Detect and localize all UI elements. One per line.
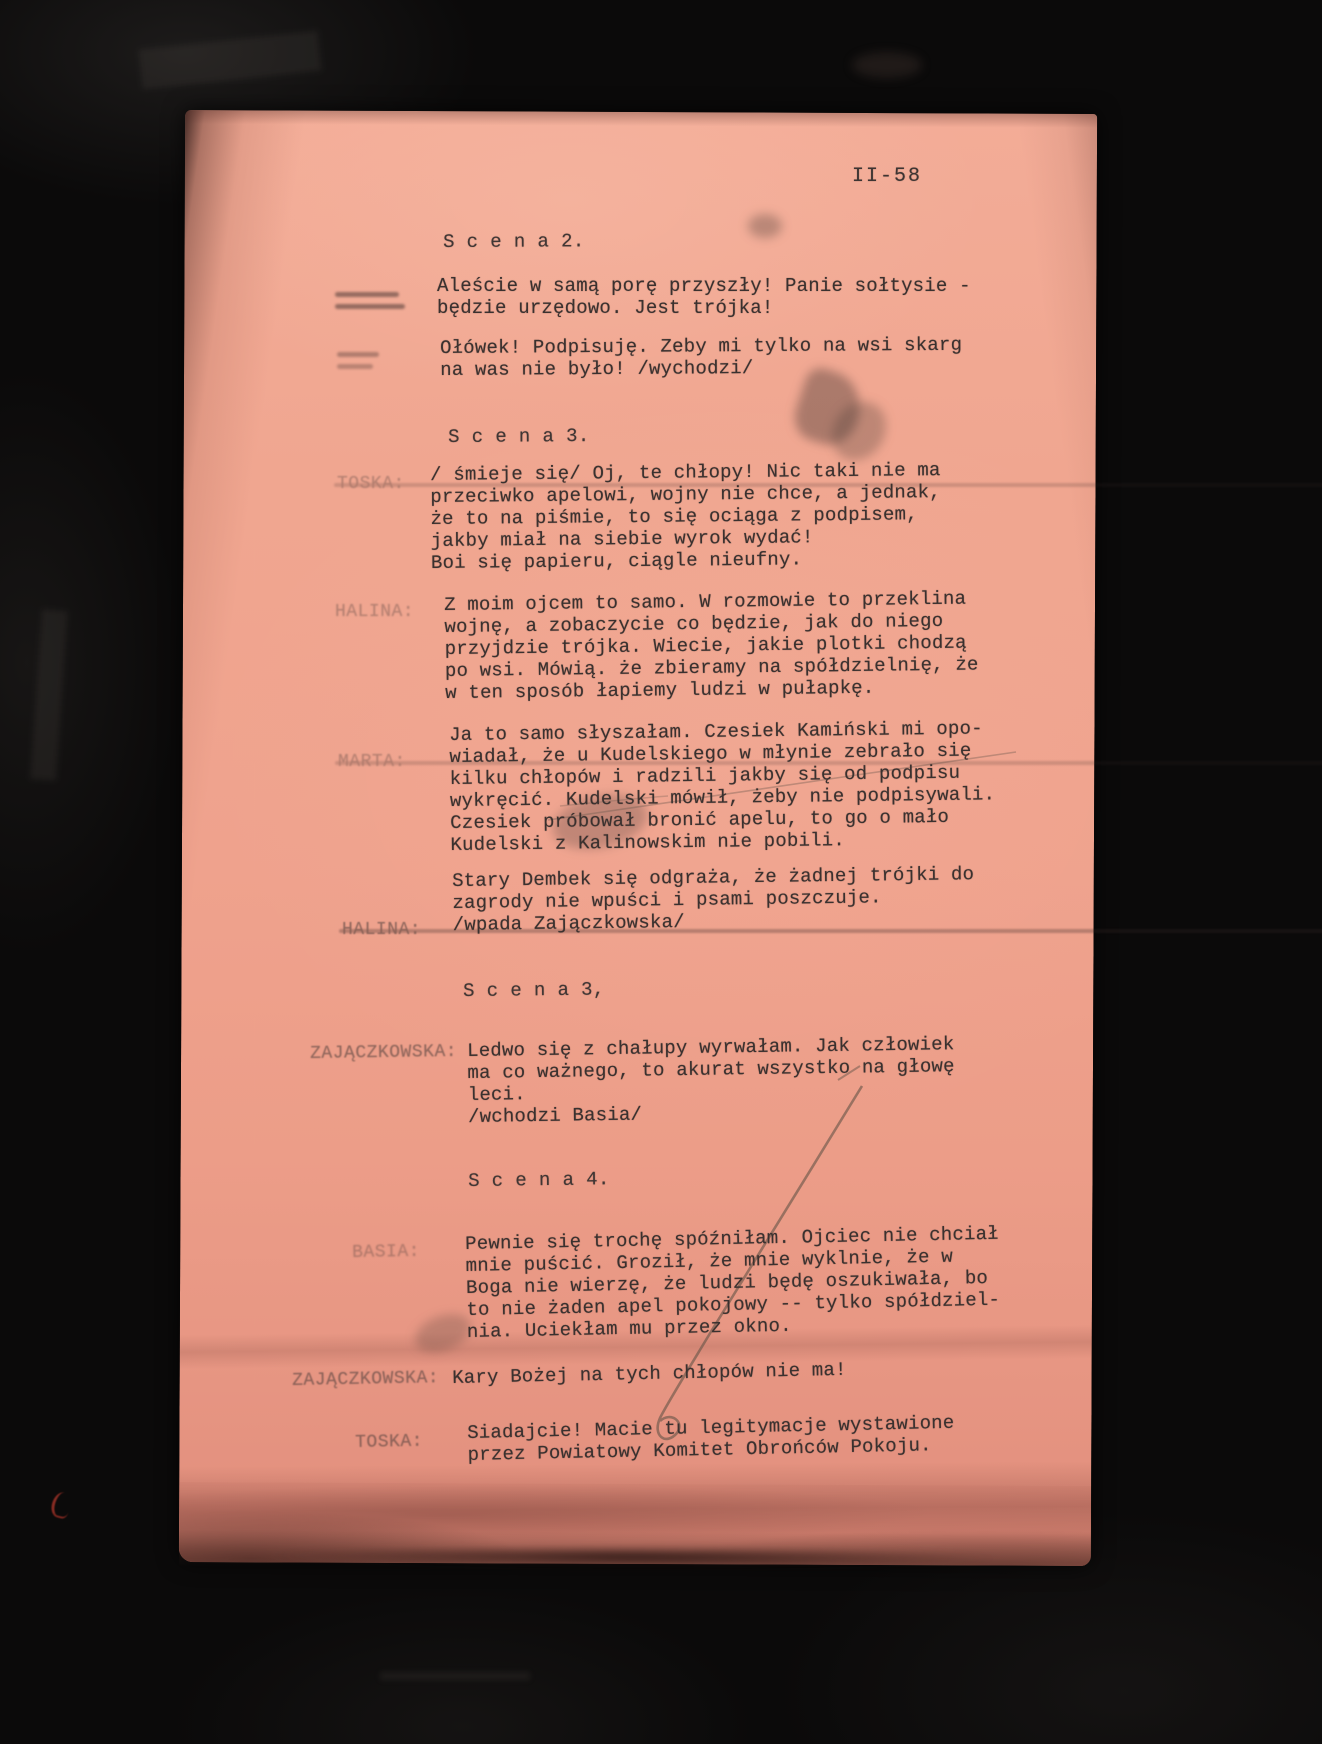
- scene-heading-2: S c e n a 2.: [443, 230, 585, 253]
- scene-heading-3a: S c e n a 3.: [448, 425, 590, 448]
- dialogue-text: Stary Dembek się odgraża, że żadnej trój…: [452, 863, 975, 936]
- speaker-label: TOSKA:: [355, 1432, 423, 1453]
- dialogue-text: Pewnie się trochę spóźniłam. Ojciec nie …: [465, 1223, 1001, 1343]
- dialogue-text: / śmieje się/ Oj, te chłopy! Nic taki ni…: [430, 459, 942, 574]
- dialogue-text: Ołówek! Podpisuję. Zeby mi tylko na wsi …: [440, 334, 962, 381]
- background-streak: [380, 1672, 530, 1680]
- scene-heading-4: S c e n a 4.: [468, 1168, 610, 1192]
- speaker-label: ZAJĄCZKOWSKA:: [292, 1368, 439, 1391]
- illegible-speaker-smudge: [337, 364, 373, 369]
- ink-smear: [852, 52, 922, 78]
- background-streak: [138, 31, 321, 90]
- illegible-speaker-smudge: [335, 292, 399, 297]
- dialogue-text: Aleście w samą porę przyszły! Panie sołt…: [437, 275, 971, 319]
- dialogue-text: Ledwo się z chałupy wyrwałam. Jak człowi…: [467, 1033, 955, 1128]
- red-pen-mark: [49, 1490, 73, 1520]
- illegible-speaker-smudge: [335, 304, 405, 309]
- illegible-speaker-smudge: [337, 352, 379, 357]
- scanned-script-page: II-58 S c e n a 2. Aleście w samą porę p…: [0, 0, 1322, 1744]
- speaker-label: BASIA:: [352, 1242, 420, 1263]
- speaker-label: ZAJĄCZKOWSKA:: [310, 1042, 457, 1064]
- page-number: II-58: [852, 166, 922, 188]
- speaker-label: HALINA:: [335, 602, 414, 622]
- dialogue-text: Z moim ojcem to samo. W rozmowie to prze…: [444, 587, 979, 704]
- dialogue-text: Ja to samo słyszałam. Czesiek Kamiński m…: [449, 717, 996, 856]
- scene-heading-3b: S c e n a 3,: [463, 979, 605, 1002]
- background-streak: [30, 609, 68, 780]
- paper-bottom-edge: [175, 1542, 1093, 1572]
- paper-top-shadow: [185, 110, 1097, 128]
- ink-smear: [748, 214, 782, 238]
